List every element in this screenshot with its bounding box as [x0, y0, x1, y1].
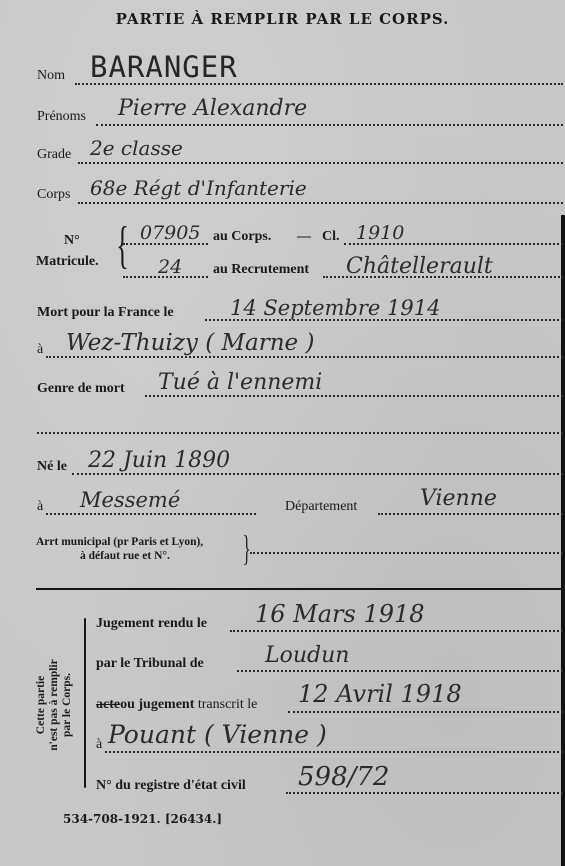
corps-line — [78, 202, 563, 204]
grade-label: Grade — [37, 147, 71, 163]
matricule-brace: { — [116, 220, 128, 272]
section-title: PARTIE À REMPLIR PAR LE CORPS. — [0, 10, 565, 28]
departement-line — [378, 513, 563, 515]
section-divider — [36, 588, 563, 590]
corps-number-value: 07905 — [140, 222, 200, 244]
recrutement-number-value: 24 — [158, 256, 182, 278]
registre-value: 598/72 — [298, 762, 389, 792]
naissance-lieu-line — [46, 513, 256, 515]
departement-value: Vienne — [420, 486, 497, 511]
prenoms-label: Prénoms — [37, 109, 86, 125]
genre-mort-line — [145, 395, 563, 397]
tribunal-label: par le Tribunal de — [96, 656, 204, 672]
side-note-line2: n'est pas à remplir — [48, 630, 61, 780]
matricule-no-label: N° — [64, 233, 80, 249]
registre-label: N° du registre d'état civil — [96, 778, 246, 794]
jugement-rendu-line — [230, 630, 563, 632]
side-note-line3: par le Corps. — [61, 630, 74, 780]
jugement-side-note: Cette partie n'est pas à remplir par le … — [35, 630, 74, 780]
transcrit-le: transcrit le — [198, 697, 257, 712]
mort-lieu-label: à — [37, 342, 43, 358]
mort-lieu-value: Wez-Thuizy ( Marne ) — [66, 330, 314, 356]
departement-label: Département — [285, 499, 357, 515]
arrondissement-label-line1: Arrt municipal (pr Paris et Lyon), — [36, 536, 203, 548]
naissance-lieu-value: Messemé — [80, 488, 180, 512]
nom-label: Nom — [37, 68, 65, 84]
tribunal-value: Loudun — [265, 643, 349, 668]
arrondissement-line — [250, 552, 563, 554]
naissance-date-line — [72, 473, 563, 475]
card-edge-shadow — [561, 215, 565, 866]
transcrit-line — [288, 711, 563, 713]
naissance-lieu-label: à — [37, 499, 43, 515]
naissance-date-label: Né le — [37, 459, 67, 475]
mort-date-value: 14 Septembre 1914 — [230, 296, 440, 320]
side-note-line1: Cette partie — [35, 630, 48, 780]
dash-separator: — — [297, 229, 311, 245]
au-corps-label: au Corps. — [213, 229, 271, 245]
nom-value: BARANGER — [90, 50, 238, 84]
matricule-label: Matricule. — [36, 254, 99, 270]
classe-label: Cl. — [322, 229, 340, 245]
tribunal-line — [237, 670, 563, 672]
prenoms-line — [96, 124, 563, 126]
arrondissement-label-line2: à défaut rue et N°. — [80, 550, 170, 562]
footer-print-code: 534-708-1921. [26434.] — [63, 812, 222, 826]
transcrit-lieu-line — [105, 751, 563, 753]
genre-mort-value: Tué à l'ennemi — [158, 370, 322, 395]
mort-date-label: Mort pour la France le — [37, 305, 174, 321]
prenoms-value: Pierre Alexandre — [118, 96, 307, 121]
transcrit-label: acteou jugement transcrit le — [96, 697, 257, 713]
arrondissement-brace: } — [243, 530, 251, 566]
jugement-rendu-value: 16 Mars 1918 — [255, 600, 425, 628]
classe-value: 1910 — [356, 222, 404, 244]
recrutement-value: Châtellerault — [346, 254, 493, 279]
genre-mort-label: Genre de mort — [37, 381, 125, 397]
jugement-bracket — [84, 618, 86, 788]
corps-value: 68e Régt d'Infanterie — [90, 176, 307, 200]
transcrit-lieu-value: Pouant ( Vienne ) — [108, 720, 327, 749]
corps-label: Corps — [37, 187, 70, 203]
ou-jugement: ou jugement — [120, 697, 194, 712]
naissance-date-value: 22 Juin 1890 — [88, 448, 230, 473]
transcrit-value: 12 Avril 1918 — [298, 680, 462, 708]
jugement-rendu-label: Jugement rendu le — [96, 616, 207, 632]
registre-line — [286, 792, 563, 794]
grade-value: 2e classe — [90, 136, 183, 160]
acte-struck: acte — [96, 697, 120, 712]
mort-lieu-line — [46, 356, 563, 358]
grade-line — [78, 162, 563, 164]
blank-line — [37, 432, 563, 434]
au-recrutement-label: au Recrutement — [213, 262, 309, 278]
transcrit-lieu-label: à — [96, 737, 102, 753]
